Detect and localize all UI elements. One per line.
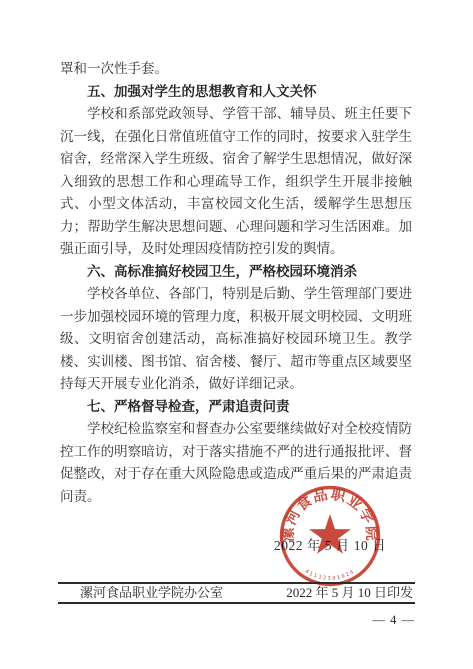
section-5-paragraph: 学校和系部党政领导、学管干部、辅导员、班主任要下沉一线，在强化日常值班值守工作的… (60, 103, 412, 261)
section-5-heading: 五、加强对学生的思想教育和人文关怀 (60, 81, 412, 104)
continuation-text: 罩和一次性手套。 (60, 58, 412, 81)
footer-rule-bottom (58, 602, 415, 604)
star-icon (309, 514, 351, 554)
page-number: — 4 — (373, 613, 416, 628)
document-page: 罩和一次性手套。 五、加强对学生的思想教育和人文关怀 学校和系部党政领导、学管干… (0, 0, 473, 669)
section-6-heading: 六、高标准搞好校园卫生，严格校园环境消杀 (60, 261, 412, 284)
official-seal: 漯河食品职业学院 41112301924 (276, 482, 384, 590)
document-body: 罩和一次性手套。 五、加强对学生的思想教育和人文关怀 学校和系部党政领导、学管干… (60, 58, 412, 508)
footer-row: 漯河食品职业学院办公室 2022 年 5 月 10 日印发 (58, 584, 415, 602)
section-7-heading: 七、严格督导检查，严肃追责问责 (60, 396, 412, 419)
footer-issuer: 漯河食品职业学院办公室 (80, 584, 223, 601)
section-6-paragraph: 学校各单位、各部门，特别是后勤、学生管理部门要进一步加强校园环境的管理力度，积极… (60, 283, 412, 396)
footer-print-date: 2022 年 5 月 10 日印发 (286, 584, 413, 601)
